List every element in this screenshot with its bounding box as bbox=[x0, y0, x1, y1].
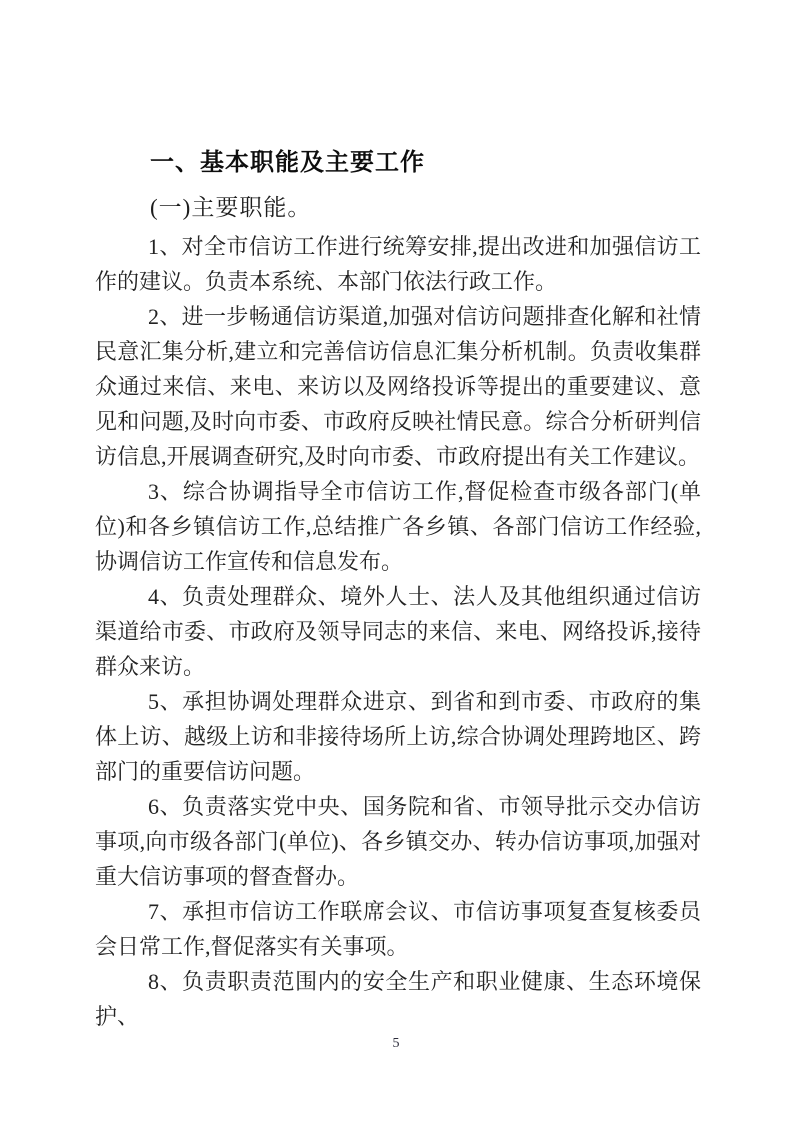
paragraph-duty-4: 4、负责处理群众、境外人士、法人及其他组织通过信访渠道给市委、市政府及领导同志的… bbox=[95, 579, 701, 684]
paragraph-duty-5: 5、承担协调处理群众进京、到省和到市委、市政府的集体上访、越级上访和非接待场所上… bbox=[95, 684, 701, 789]
subsection-heading: (一)主要职能。 bbox=[95, 193, 701, 223]
document-page: 一、基本职能及主要工作 (一)主要职能。 1、对全市信访工作进行统筹安排,提出改… bbox=[0, 0, 792, 1122]
section-heading: 一、基本职能及主要工作 bbox=[95, 147, 701, 177]
paragraph-duty-3: 3、综合协调指导全市信访工作,督促检查市级各部门(单位)和各乡镇信访工作,总结推… bbox=[95, 474, 701, 579]
paragraph-duty-1: 1、对全市信访工作进行统筹安排,提出改进和加强信访工作的建议。负责本系统、本部门… bbox=[95, 229, 701, 299]
document-content: 一、基本职能及主要工作 (一)主要职能。 1、对全市信访工作进行统筹安排,提出改… bbox=[95, 147, 701, 1034]
paragraph-duty-7: 7、承担市信访工作联席会议、市信访事项复查复核委员会日常工作,督促落实有关事项。 bbox=[95, 894, 701, 964]
paragraph-duty-8: 8、负责职责范围内的安全生产和职业健康、生态环境保护、 bbox=[95, 964, 701, 1034]
page-footer: 5 bbox=[0, 1034, 792, 1052]
paragraph-duty-6: 6、负责落实党中央、国务院和省、市领导批示交办信访事项,向市级各部门(单位)、各… bbox=[95, 789, 701, 894]
paragraph-duty-2: 2、进一步畅通信访渠道,加强对信访问题排查化解和社情民意汇集分析,建立和完善信访… bbox=[95, 299, 701, 474]
page-number: 5 bbox=[393, 1036, 400, 1051]
